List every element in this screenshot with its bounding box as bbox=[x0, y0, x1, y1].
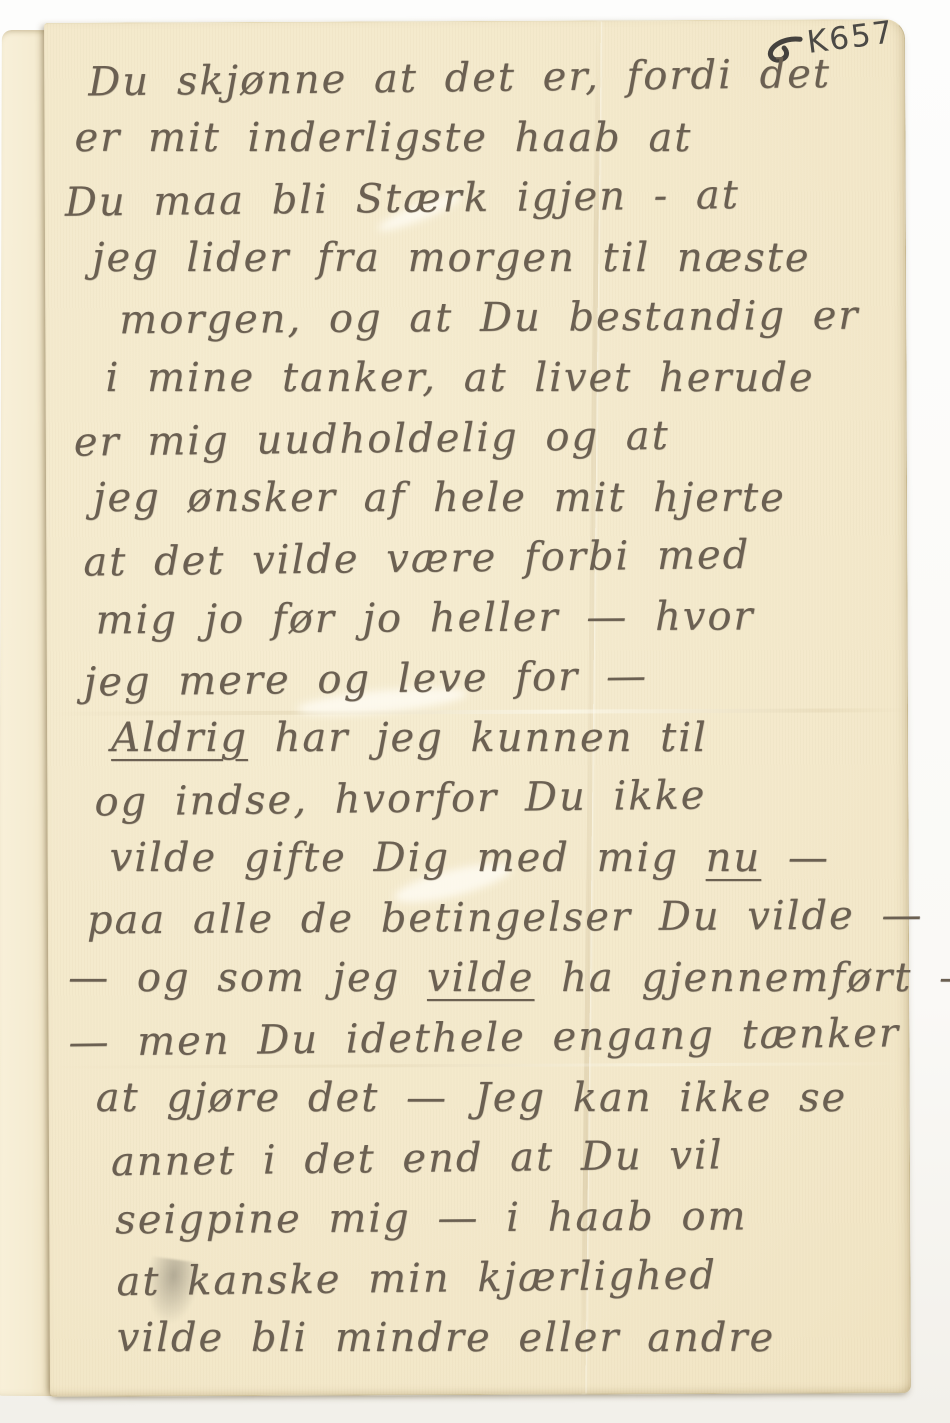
line-text: — men Du idethele engang tænker bbox=[68, 1010, 900, 1065]
line-text-underlined: vilde bbox=[427, 955, 534, 1001]
line-text: jeg ønsker af hele mit hjerte bbox=[93, 475, 786, 521]
letter-line: vilde bli mindre eller andre bbox=[70, 1308, 900, 1368]
letter-line: Aldrig har jeg kunnen til bbox=[67, 708, 897, 768]
letter-line: paa alle de betingelser Du vilde — bbox=[70, 885, 900, 950]
letter-line: er mit inderligste haab at bbox=[65, 108, 895, 168]
letter-line: vilde gifte Dig med mig nu — bbox=[68, 828, 898, 888]
letter-line: annet i det end at Du vil bbox=[69, 1123, 900, 1192]
line-text: paa alle de betingelser Du vilde — bbox=[87, 892, 924, 943]
letter-page: K657 Du skjønne at det er, fordi det er … bbox=[44, 19, 911, 1397]
letter-scan: K657 Du skjønne at det er, fordi det er … bbox=[0, 0, 950, 1423]
line-text: at det vilde være forbi med bbox=[83, 532, 750, 586]
line-text-underlined: nu bbox=[706, 835, 762, 881]
line-text: er mit inderligste haab at bbox=[75, 115, 693, 161]
letter-line: — men Du idethele engang tænker bbox=[68, 1003, 899, 1072]
letter-line: er mig uudholdelig og at bbox=[66, 403, 897, 472]
letter-line: og indse, hvorfor Du ikke bbox=[67, 763, 898, 832]
line-text: vilde bli mindre eller andre bbox=[117, 1315, 775, 1361]
line-text: Du skjønne at det er, fordi det bbox=[88, 51, 831, 105]
letter-line: — og som jeg vilde ha gjennemført — bbox=[68, 948, 898, 1008]
line-text: morgen, og at Du bestandig er bbox=[119, 293, 859, 344]
line-text: i mine tanker, at livet herude bbox=[106, 355, 815, 401]
letter-line: at gjøre det — Jeg kan ikke se bbox=[69, 1068, 899, 1128]
letter-line: Du skjønne at det er, fordi det bbox=[64, 43, 895, 112]
letter-line: i mine tanker, at livet herude bbox=[66, 348, 896, 408]
letter-line: Du maa bli Stærk igjen - at bbox=[64, 163, 895, 232]
letter-line: jeg ønsker af hele mit hjerte bbox=[66, 468, 896, 528]
letter-body: Du skjønne at det er, fordi det er mit i… bbox=[44, 20, 910, 1396]
letter-line: morgen, og at Du bestandig er bbox=[67, 285, 897, 350]
letter-line: jeg mere og leve for — bbox=[67, 643, 898, 712]
letter-line: at kanske min kjærlighed bbox=[69, 1243, 900, 1312]
line-text: er mig uudholdelig og at bbox=[74, 413, 670, 466]
letter-line: seigpine mig — i haab om bbox=[71, 1185, 901, 1250]
line-text: jeg mere og leve for — bbox=[84, 653, 649, 705]
line-text: at kanske min kjærlighed bbox=[116, 1252, 717, 1305]
line-text: Du maa bli Stærk igjen - at bbox=[65, 172, 741, 226]
letter-line: jeg lider fra morgen til næste bbox=[65, 228, 895, 288]
line-text: mig jo før jo heller — hvor bbox=[95, 593, 754, 643]
line-text: annet i det end at Du vil bbox=[111, 1132, 724, 1185]
line-text: jeg lider fra morgen til næste bbox=[92, 235, 810, 281]
line-text-underlined: Aldrig bbox=[111, 715, 248, 761]
line-text: — og som jeg bbox=[68, 955, 427, 1001]
line-text: ha gjennemført — bbox=[534, 955, 950, 1001]
line-text: og indse, hvorfor Du ikke bbox=[94, 772, 706, 825]
line-text: har jeg kunnen til bbox=[248, 715, 708, 761]
line-text: vilde gifte Dig med mig bbox=[110, 835, 706, 881]
line-text: — bbox=[761, 835, 830, 881]
letter-line: mig jo før jo heller — hvor bbox=[68, 585, 898, 650]
letter-line: at det vilde være forbi med bbox=[66, 523, 897, 592]
line-text: seigpine mig — i haab om bbox=[115, 1193, 747, 1243]
line-text: at gjøre det — Jeg kan ikke se bbox=[96, 1075, 847, 1121]
